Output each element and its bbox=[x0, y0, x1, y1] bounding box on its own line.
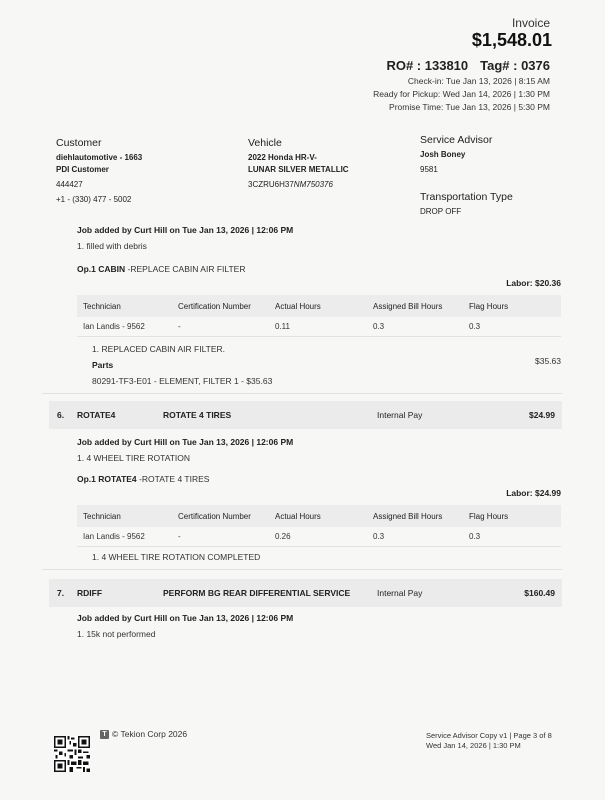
op-code: Op.1 ROTATE4 bbox=[77, 474, 137, 484]
checkin-time: Check-in: Tue Jan 13, 2026 | 8:15 AM bbox=[408, 76, 550, 86]
service-advisor-heading: Service Advisor bbox=[420, 133, 513, 147]
cell-flag-hours: 0.3 bbox=[469, 532, 559, 541]
transportation-value: DROP OFF bbox=[420, 206, 513, 218]
service-advisor-name: Josh Boney bbox=[420, 149, 513, 161]
cell-assigned-bill-hours: 0.3 bbox=[373, 532, 469, 541]
section-divider bbox=[42, 393, 562, 394]
customer-heading: Customer bbox=[56, 136, 142, 150]
customer-phone: +1 - (330) 477 - 5002 bbox=[56, 194, 142, 206]
job-pay-type: Internal Pay bbox=[377, 410, 497, 420]
vin-prefix: 3CZRU6H37 bbox=[248, 180, 294, 189]
operation-line: Op.1 CABIN -REPLACE CABIN AIR FILTER bbox=[77, 264, 245, 274]
op-code: Op.1 CABIN bbox=[77, 264, 125, 274]
vehicle-color: LUNAR SILVER METALLIC bbox=[248, 164, 349, 176]
vehicle-model: 2022 Honda HR-V- bbox=[248, 152, 349, 164]
op-description: -ROTATE 4 TIRES bbox=[139, 474, 209, 484]
cell-certification: - bbox=[178, 532, 275, 541]
vin-suffix: NM750376 bbox=[294, 180, 333, 189]
job-description: ROTATE 4 TIRES bbox=[163, 410, 377, 420]
job-correction: 1. REPLACED CABIN AIR FILTER. bbox=[92, 344, 225, 354]
col-actual-hours: Actual Hours bbox=[275, 302, 373, 311]
footer-copyright: T © Tekion Corp 2026 bbox=[100, 729, 187, 739]
table-row: Ian Landis - 9562 - 0.11 0.3 0.3 bbox=[77, 317, 561, 337]
parts-heading: Parts bbox=[92, 360, 113, 370]
labor-amount: Labor: $20.36 bbox=[506, 278, 561, 288]
footer-page-info: Service Advisor Copy v1 | Page 3 of 8 We… bbox=[426, 731, 552, 751]
table-row: Ian Landis - 9562 - 0.26 0.3 0.3 bbox=[77, 527, 561, 547]
job-concern: 1. 4 WHEEL TIRE ROTATION bbox=[77, 453, 190, 463]
col-certification: Certification Number bbox=[178, 302, 275, 311]
job-concern: 1. 15k not performed bbox=[77, 629, 155, 639]
cell-technician: Ian Landis - 9562 bbox=[77, 532, 178, 541]
job-pay-type: Internal Pay bbox=[377, 588, 497, 598]
col-technician: Technician bbox=[77, 512, 178, 521]
customer-type: PDI Customer bbox=[56, 164, 142, 176]
col-technician: Technician bbox=[77, 302, 178, 311]
section-divider bbox=[42, 569, 562, 570]
labor-amount: Labor: $24.99 bbox=[506, 488, 561, 498]
job-description: PERFORM BG REAR DIFFERENTIAL SERVICE bbox=[163, 588, 377, 598]
promise-time: Promise Time: Tue Jan 13, 2026 | 5:30 PM bbox=[389, 102, 550, 112]
copyright-text: © Tekion Corp 2026 bbox=[112, 729, 187, 739]
service-advisor-section: Service Advisor Josh Boney 9581 Transpor… bbox=[420, 133, 513, 218]
cell-certification: - bbox=[178, 322, 275, 331]
job-amount: $160.49 bbox=[497, 588, 562, 598]
ro-tag-line: RO# : 133810Tag# : 0376 bbox=[386, 58, 550, 73]
copy-page-info: Service Advisor Copy v1 | Page 3 of 8 bbox=[426, 731, 552, 741]
job-concern: 1. filled with debris bbox=[77, 241, 147, 251]
invoice-total: $1,548.01 bbox=[472, 30, 552, 51]
job-correction: 1. 4 WHEEL TIRE ROTATION COMPLETED bbox=[92, 552, 260, 562]
job-added-by: Job added by Curt Hill on Tue Jan 13, 20… bbox=[77, 613, 293, 623]
job-number: 7. bbox=[49, 588, 77, 598]
job-added-by: Job added by Curt Hill on Tue Jan 13, 20… bbox=[77, 437, 293, 447]
col-actual-hours: Actual Hours bbox=[275, 512, 373, 521]
printed-timestamp: Wed Jan 14, 2026 | 1:30 PM bbox=[426, 741, 552, 751]
customer-id: 444427 bbox=[56, 179, 142, 191]
technician-table: Technician Certification Number Actual H… bbox=[77, 295, 561, 337]
col-certification: Certification Number bbox=[178, 512, 275, 521]
tag-number: Tag# : 0376 bbox=[480, 58, 550, 73]
job-header-7: 7. RDIFF PERFORM BG REAR DIFFERENTIAL SE… bbox=[49, 579, 562, 607]
vehicle-heading: Vehicle bbox=[248, 136, 349, 150]
cell-actual-hours: 0.26 bbox=[275, 532, 373, 541]
vehicle-vin: 3CZRU6H37NM750376 bbox=[248, 179, 349, 191]
op-description: -REPLACE CABIN AIR FILTER bbox=[128, 264, 246, 274]
technician-table-header: Technician Certification Number Actual H… bbox=[77, 295, 561, 317]
job-amount: $24.99 bbox=[497, 410, 562, 420]
customer-section: Customer diehlautomotive - 1663 PDI Cust… bbox=[56, 136, 142, 206]
qr-code-icon bbox=[54, 736, 90, 772]
cell-actual-hours: 0.11 bbox=[275, 322, 373, 331]
ready-for-pickup-time: Ready for Pickup: Wed Jan 14, 2026 | 1:3… bbox=[373, 89, 550, 99]
technician-table: Technician Certification Number Actual H… bbox=[77, 505, 561, 547]
parts-total: $35.63 bbox=[535, 356, 561, 366]
transportation-heading: Transportation Type bbox=[420, 190, 513, 204]
job-number: 6. bbox=[49, 410, 77, 420]
col-assigned-bill-hours: Assigned Bill Hours bbox=[373, 512, 469, 521]
technician-table-header: Technician Certification Number Actual H… bbox=[77, 505, 561, 527]
document-type: Invoice bbox=[512, 16, 550, 30]
job-added-by: Job added by Curt Hill on Tue Jan 13, 20… bbox=[77, 225, 293, 235]
vehicle-section: Vehicle 2022 Honda HR-V- LUNAR SILVER ME… bbox=[248, 136, 349, 191]
job-code: ROTATE4 bbox=[77, 410, 163, 420]
tekion-logo-icon: T bbox=[100, 730, 109, 739]
ro-number: RO# : 133810 bbox=[386, 58, 468, 73]
customer-name: diehlautomotive - 1663 bbox=[56, 152, 142, 164]
operation-line: Op.1 ROTATE4 -ROTATE 4 TIRES bbox=[77, 474, 209, 484]
cell-flag-hours: 0.3 bbox=[469, 322, 559, 331]
job-code: RDIFF bbox=[77, 588, 163, 598]
col-flag-hours: Flag Hours bbox=[469, 512, 559, 521]
col-flag-hours: Flag Hours bbox=[469, 302, 559, 311]
parts-line-item: 80291-TF3-E01 - ELEMENT, FILTER 1 - $35.… bbox=[92, 376, 272, 386]
service-advisor-id: 9581 bbox=[420, 164, 513, 176]
col-assigned-bill-hours: Assigned Bill Hours bbox=[373, 302, 469, 311]
job-header-6: 6. ROTATE4 ROTATE 4 TIRES Internal Pay $… bbox=[49, 401, 562, 429]
cell-technician: Ian Landis - 9562 bbox=[77, 322, 178, 331]
cell-assigned-bill-hours: 0.3 bbox=[373, 322, 469, 331]
